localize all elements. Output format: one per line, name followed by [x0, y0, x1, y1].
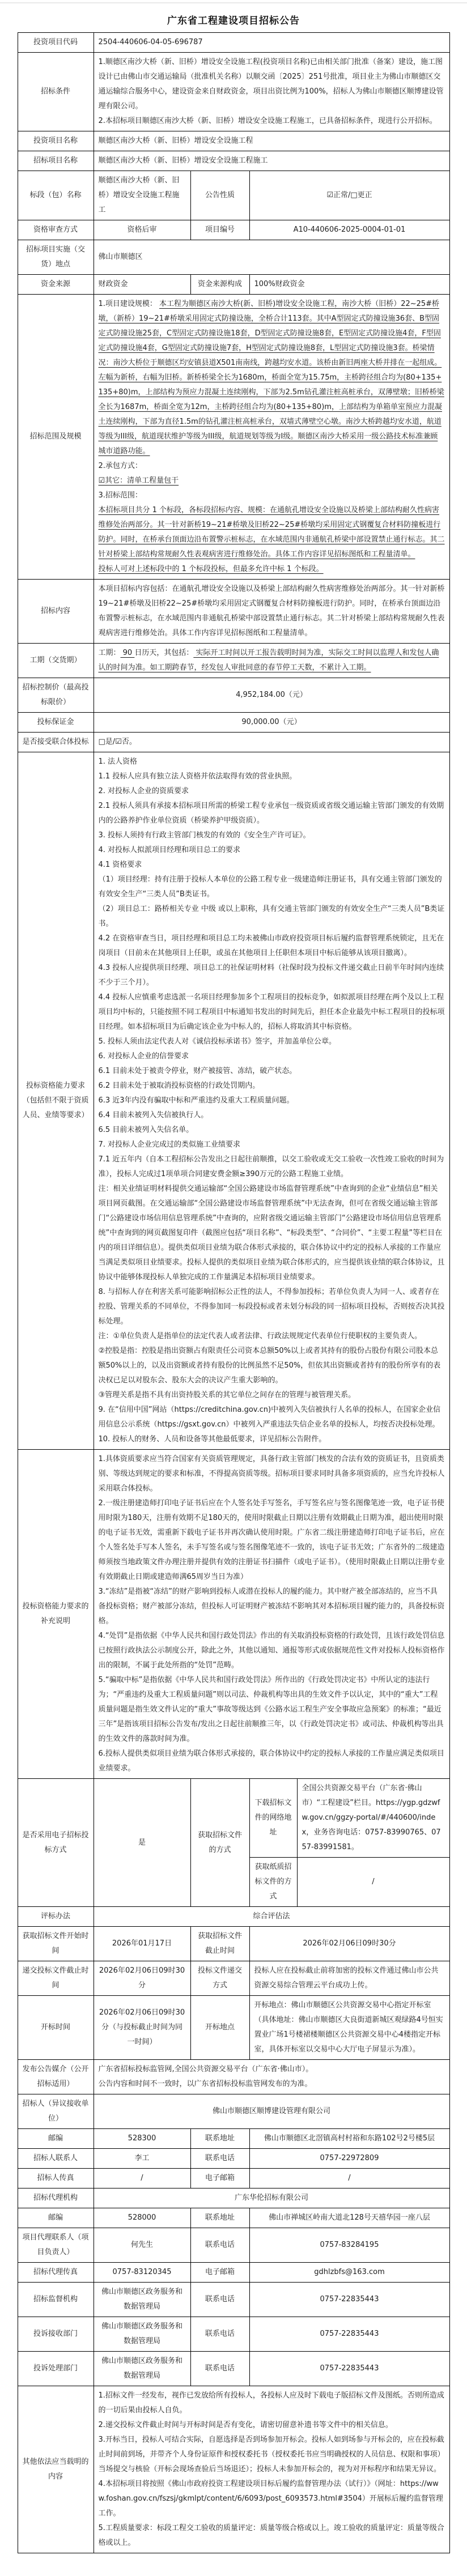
table-row: 招标项目名称 顺德区南沙大桥（新、旧桥）增设安全设施工程施工: [18, 151, 449, 171]
consortium-label: 是否接受联合体投标: [18, 733, 94, 752]
supervisor-value: 佛山市顺德区政务服务和数据管理局: [94, 2283, 190, 2317]
top-divider: [0, 2, 467, 3]
supervisor-label: 招标监督机构: [18, 2283, 94, 2317]
complaint-handle-label: 投诉处理部门: [18, 2352, 94, 2386]
table-row: 招标代理传真 0757-83120345 电子邮箱 gdhlzbfs@163.c…: [18, 2263, 449, 2283]
evaluation-label: 评标办法: [18, 1907, 94, 1927]
complaint-recv-value: 佛山市顺德区政务服务和数据管理局: [94, 2317, 190, 2352]
table-row: 标段（包）名称 顺德区南沙大桥（新、旧桥）增设安全设施工程施工 公告性质 ☑正常…: [18, 171, 449, 220]
opening-time-value: 2026年02月06日09时30分（与投标截止时间为同一时间）: [94, 1996, 190, 2060]
project-number-label: 项目编号: [190, 220, 249, 240]
tenderer-phone-value: 0757-22972809: [249, 2149, 449, 2169]
other-value: 1.招标文件一经发布，视作已发放给所有投标人，各投标人应及时下载电子版招标文件及…: [94, 2386, 449, 2553]
qualification-notes-value: 1.具体资质要求应当符合国家有关资质管理规定，具备行政主管部门核发的合法有效的资…: [94, 1450, 449, 1779]
supervisor-phone-value: 0757-22835443: [249, 2283, 449, 2317]
e-bidding-value: 是: [94, 1779, 190, 1907]
funding-composition-value: 100%财政资金: [249, 275, 449, 295]
tenderer-address-value: 佛山市顺德区北滘镇高村村裕和东路102号2号楼5层: [249, 2129, 449, 2149]
agency-fax-label: 招标代理传真: [18, 2263, 94, 2283]
bid-bond-label: 投标保证金: [18, 713, 94, 733]
content-value: 本项目招标内容包括：在通航孔增设安全设施以及桥梁上部结构耐久性病害维修处治两部分…: [94, 580, 449, 644]
doc-obtain-method-label: 获取招标文件的方式: [190, 1779, 249, 1907]
project-number-value: A10-440606-2025-0004-01-01: [249, 220, 449, 240]
table-row: 招标范围及规模 1.项目建设规模： 本工程为顺德区南沙大桥(新、旧桥)增设安全设…: [18, 295, 449, 580]
duration-label: 工期（交货期）: [18, 644, 94, 678]
doc-end-time-value: 2026年02月06日09时30分: [249, 1927, 449, 1961]
tenderer-label: 招标人（异议接收单位）: [18, 2094, 94, 2129]
tender-name-value: 顺德区南沙大桥（新、旧桥）增设安全设施工程施工: [94, 151, 449, 171]
agency-phone-label: 联系电话: [190, 2228, 249, 2263]
table-row: 招标控制价（最高投标限价） 4,952,184.00（元）: [18, 678, 449, 713]
table-row: 招标人（异议接收单位） 佛山市顺德区顺博建设管理有限公司: [18, 2094, 449, 2129]
table-row: 开标时间 2026年02月06日09时30分（与投标截止时间为同一时间） 开标地…: [18, 1996, 449, 2060]
table-row: 工期（交货期） 工期： 90 日历天，其包括： 实际开工时间以开工报告载明时间为…: [18, 644, 449, 678]
table-row: 获取招标文件开始时间 2026年01月17日 获取招标文件截止时间 2026年0…: [18, 1927, 449, 1961]
complaint-recv-phone-value: 0757-22835443: [249, 2317, 449, 2352]
table-row: 项目代理联系人（项目负责人） 何先生 联系电话 0757-83284195: [18, 2228, 449, 2263]
table-row: 投诉处理部门 佛山市顺德区政务服务和数据管理局 联系电话 0757-228354…: [18, 2352, 449, 2386]
table-row: 招标人传真 / 电子邮箱 /: [18, 2169, 449, 2188]
agency-address-label: 联系地址: [190, 2208, 249, 2228]
invest-name-value: 顺德区南沙大桥（新、旧桥）增设安全设施工程: [94, 131, 449, 151]
doc-start-time-label: 获取招标文件开始时间: [18, 1927, 94, 1961]
tenderer-email-value: /: [249, 2169, 449, 2188]
funding-label: 资金来源: [18, 275, 94, 295]
complaint-handle-phone-value: 0757-22835443: [249, 2352, 449, 2386]
complaint-handle-phone-label: 联系电话: [190, 2352, 249, 2386]
table-row: 发布公告媒介（公开招标适用） 广东省招标投标监管网,全国公共资源交易平台（广东省…: [18, 2060, 449, 2094]
paper-doc-value: /: [297, 1858, 449, 1907]
table-row: 招标项目实施（交货）地点 佛山市顺德区: [18, 240, 449, 275]
agency-email-label: 电子邮箱: [190, 2263, 249, 2283]
media-label: 发布公告媒介（公开招标适用）: [18, 2060, 94, 2094]
table-row: 投资项目代码 2504-440606-04-05-696787: [18, 33, 449, 53]
supervisor-phone-label: 联系电话: [190, 2283, 249, 2317]
table-row: 招标内容 本项目招标内容包括：在通航孔增设安全设施以及桥梁上部结构耐久性病害维修…: [18, 580, 449, 644]
funding-value: 财政资金: [94, 275, 190, 295]
table-row: 招标代理机构 广东华伦招标有限公司: [18, 2188, 449, 2208]
agency-phone-value: 0757-83284195: [249, 2228, 449, 2263]
tenderer-fax-label: 招标人传真: [18, 2169, 94, 2188]
submit-method-value: 投标人应在投标截止前将加密的投标文件通过佛山市公共资源交易综合管理云平台成功上传…: [249, 1961, 449, 1996]
doc-start-time-value: 2026年01月17日: [94, 1927, 190, 1961]
table-row: 投标资格能力要求的补充说明 1.具体资质要求应当符合国家有关资质管理规定，具备行…: [18, 1450, 449, 1779]
qualification-req-label: 投标资格能力要求（包括但不限于资质人员、业绩等要求）: [18, 752, 94, 1450]
tenderer-value: 佛山市顺德区顺博建设管理有限公司: [94, 2094, 449, 2129]
tenderer-fax-value: /: [94, 2169, 190, 2188]
e-bidding-label: 是否采用电子招标投标方式: [18, 1779, 94, 1907]
tenderer-address-label: 联系地址: [190, 2129, 249, 2149]
opening-place-value: 开标地点：佛山市顺德区公共资源交易中心指定开标室（具体地址：佛山市顺德区大良街道…: [249, 1996, 449, 2060]
funding-composition-label: 资金来源构成: [190, 275, 249, 295]
project-code-value: 2504-440606-04-05-696787: [94, 33, 449, 53]
section-name-label: 标段（包）名称: [18, 171, 94, 220]
tenderer-postcode-label: 邮编: [18, 2129, 94, 2149]
table-row: 是否接受联合体投标 □是/☑否。: [18, 733, 449, 752]
content-label: 招标内容: [18, 580, 94, 644]
table-row: 招标条件 1.顺德区南沙大桥（新、旧桥）增设安全设施工程(投资项目名称)已由相关…: [18, 53, 449, 131]
table-row: 投标保证金 90,000.00（元）: [18, 713, 449, 733]
tenderer-phone-label: 联系电话: [190, 2149, 249, 2169]
table-row: 递交投标文件截止时间 2026年02月06日09时30分 投标文件递交方式 投标…: [18, 1961, 449, 1996]
table-row: 其他依法应当载明的内容 1.招标文件一经发布，视作已发放给所有投标人，各投标人应…: [18, 2386, 449, 2553]
doc-download-value: 全国公共资源交易平台（广东省·佛山市）“工程建设”栏目。https://ygp.…: [297, 1779, 449, 1858]
qualification-notes-label: 投标资格能力要求的补充说明: [18, 1450, 94, 1779]
conditions-value: 1.顺德区南沙大桥（新、旧桥）增设安全设施工程(投资项目名称)已由相关部门批准（…: [94, 53, 449, 131]
agency-postcode-label: 邮编: [18, 2208, 94, 2228]
location-label: 招标项目实施（交货）地点: [18, 240, 94, 275]
price-ceiling-value: 4,952,184.00（元）: [94, 678, 449, 713]
complaint-recv-label: 投诉接收部门: [18, 2317, 94, 2352]
agency-value: 广东华伦招标有限公司: [94, 2188, 449, 2208]
tenderer-contact-label: 招标人联系人: [18, 2149, 94, 2169]
qualification-req-value: 1. 法人资格 1.1 投标人应具有独立法人资格并依法取得有效的营业执照。 2.…: [94, 752, 449, 1450]
table-row: 是否采用电子招标投标方式 是 获取招标文件的方式 下载招标文件的网络地址 全国公…: [18, 1779, 449, 1858]
table-row: 招标监督机构 佛山市顺德区政务服务和数据管理局 联系电话 0757-228354…: [18, 2283, 449, 2317]
table-row: 评标办法 综合评估法: [18, 1907, 449, 1927]
qualification-method-label: 资格审查方式: [18, 220, 94, 240]
submit-deadline-label: 递交投标文件截止时间: [18, 1961, 94, 1996]
doc-download-label: 下载招标文件的网络地址: [249, 1779, 297, 1858]
tender-name-label: 招标项目名称: [18, 151, 94, 171]
table-row: 资金来源 财政资金 资金来源构成 100%财政资金: [18, 275, 449, 295]
other-label: 其他依法应当载明的内容: [18, 2386, 94, 2553]
table-row: 资格审查方式 资格后审 项目编号 A10-440606-2025-0004-01…: [18, 220, 449, 240]
evaluation-value: 综合评估法: [94, 1907, 449, 1927]
project-code-label: 投资项目代码: [18, 33, 94, 53]
notice-nature-label: 公告性质: [190, 171, 249, 220]
agency-label: 招标代理机构: [18, 2188, 94, 2208]
complaint-handle-value: 佛山市顺德区政务服务和数据管理局: [94, 2352, 190, 2386]
submit-deadline-value: 2026年02月06日09时30分: [94, 1961, 190, 1996]
table-row: 邮编 528000 联系地址 佛山市禅城区岭南大道北128号天禧华园一座八层: [18, 2208, 449, 2228]
complaint-recv-phone-label: 联系电话: [190, 2317, 249, 2352]
location-value: 佛山市顺德区: [94, 240, 449, 275]
tenderer-postcode-value: 528300: [94, 2129, 190, 2149]
tenderer-email-label: 电子邮箱: [190, 2169, 249, 2188]
table-row: 邮编 528300 联系地址 佛山市顺德区北滘镇高村村裕和东路102号2号楼5层: [18, 2129, 449, 2149]
page-title: 广东省工程建设项目招标公告: [0, 12, 467, 27]
bid-bond-value: 90,000.00（元）: [94, 713, 449, 733]
agency-contact-label: 项目代理联系人（项目负责人）: [18, 2228, 94, 2263]
media-value: 广东省招标投标监管网,全国公共资源交易平台（广东省·佛山市）。 公告内容和时间不…: [94, 2060, 449, 2094]
consortium-value: □是/☑否。: [94, 733, 449, 752]
paper-doc-label: 获取纸质招标文件的方式: [249, 1858, 297, 1907]
section-name-value: 顺德区南沙大桥（新、旧桥）增设安全设施工程施工: [94, 171, 190, 220]
agency-fax-value: 0757-83120345: [94, 2263, 190, 2283]
qualification-method-value: 资格后审: [94, 220, 190, 240]
agency-email-value: gdhlzbfs@163.com: [249, 2263, 449, 2283]
notice-nature-value: ☑正常/□更正: [249, 171, 449, 220]
duration-value: 工期： 90 日历天，其包括： 实际开工时间以开工报告载明时间为准，实际交工时间…: [94, 644, 449, 678]
scope-label: 招标范围及规模: [18, 295, 94, 580]
table-row: 投标资格能力要求（包括但不限于资质人员、业绩等要求） 1. 法人资格 1.1 投…: [18, 752, 449, 1450]
tender-announcement-table: 投资项目代码 2504-440606-04-05-696787 招标条件 1.顺…: [18, 32, 450, 2553]
doc-end-time-label: 获取招标文件截止时间: [190, 1927, 249, 1961]
price-ceiling-label: 招标控制价（最高投标限价）: [18, 678, 94, 713]
table-row: 投诉接收部门 佛山市顺德区政务服务和数据管理局 联系电话 0757-228354…: [18, 2317, 449, 2352]
agency-postcode-value: 528000: [94, 2208, 190, 2228]
table-row: 投资项目名称 顺德区南沙大桥（新、旧桥）增设安全设施工程: [18, 131, 449, 151]
opening-place-label: 开标地点: [190, 1996, 249, 2060]
agency-contact-value: 何先生: [94, 2228, 190, 2263]
scope-value: 1.项目建设规模： 本工程为顺德区南沙大桥(新、旧桥)增设安全设施工程，南沙大桥…: [94, 295, 449, 580]
agency-address-value: 佛山市禅城区岭南大道北128号天禧华园一座八层: [249, 2208, 449, 2228]
tenderer-contact-value: 李工: [94, 2149, 190, 2169]
invest-name-label: 投资项目名称: [18, 131, 94, 151]
opening-time-label: 开标时间: [18, 1996, 94, 2060]
submit-method-label: 投标文件递交方式: [190, 1961, 249, 1996]
table-row: 招标人联系人 李工 联系电话 0757-22972809: [18, 2149, 449, 2169]
conditions-label: 招标条件: [18, 53, 94, 131]
